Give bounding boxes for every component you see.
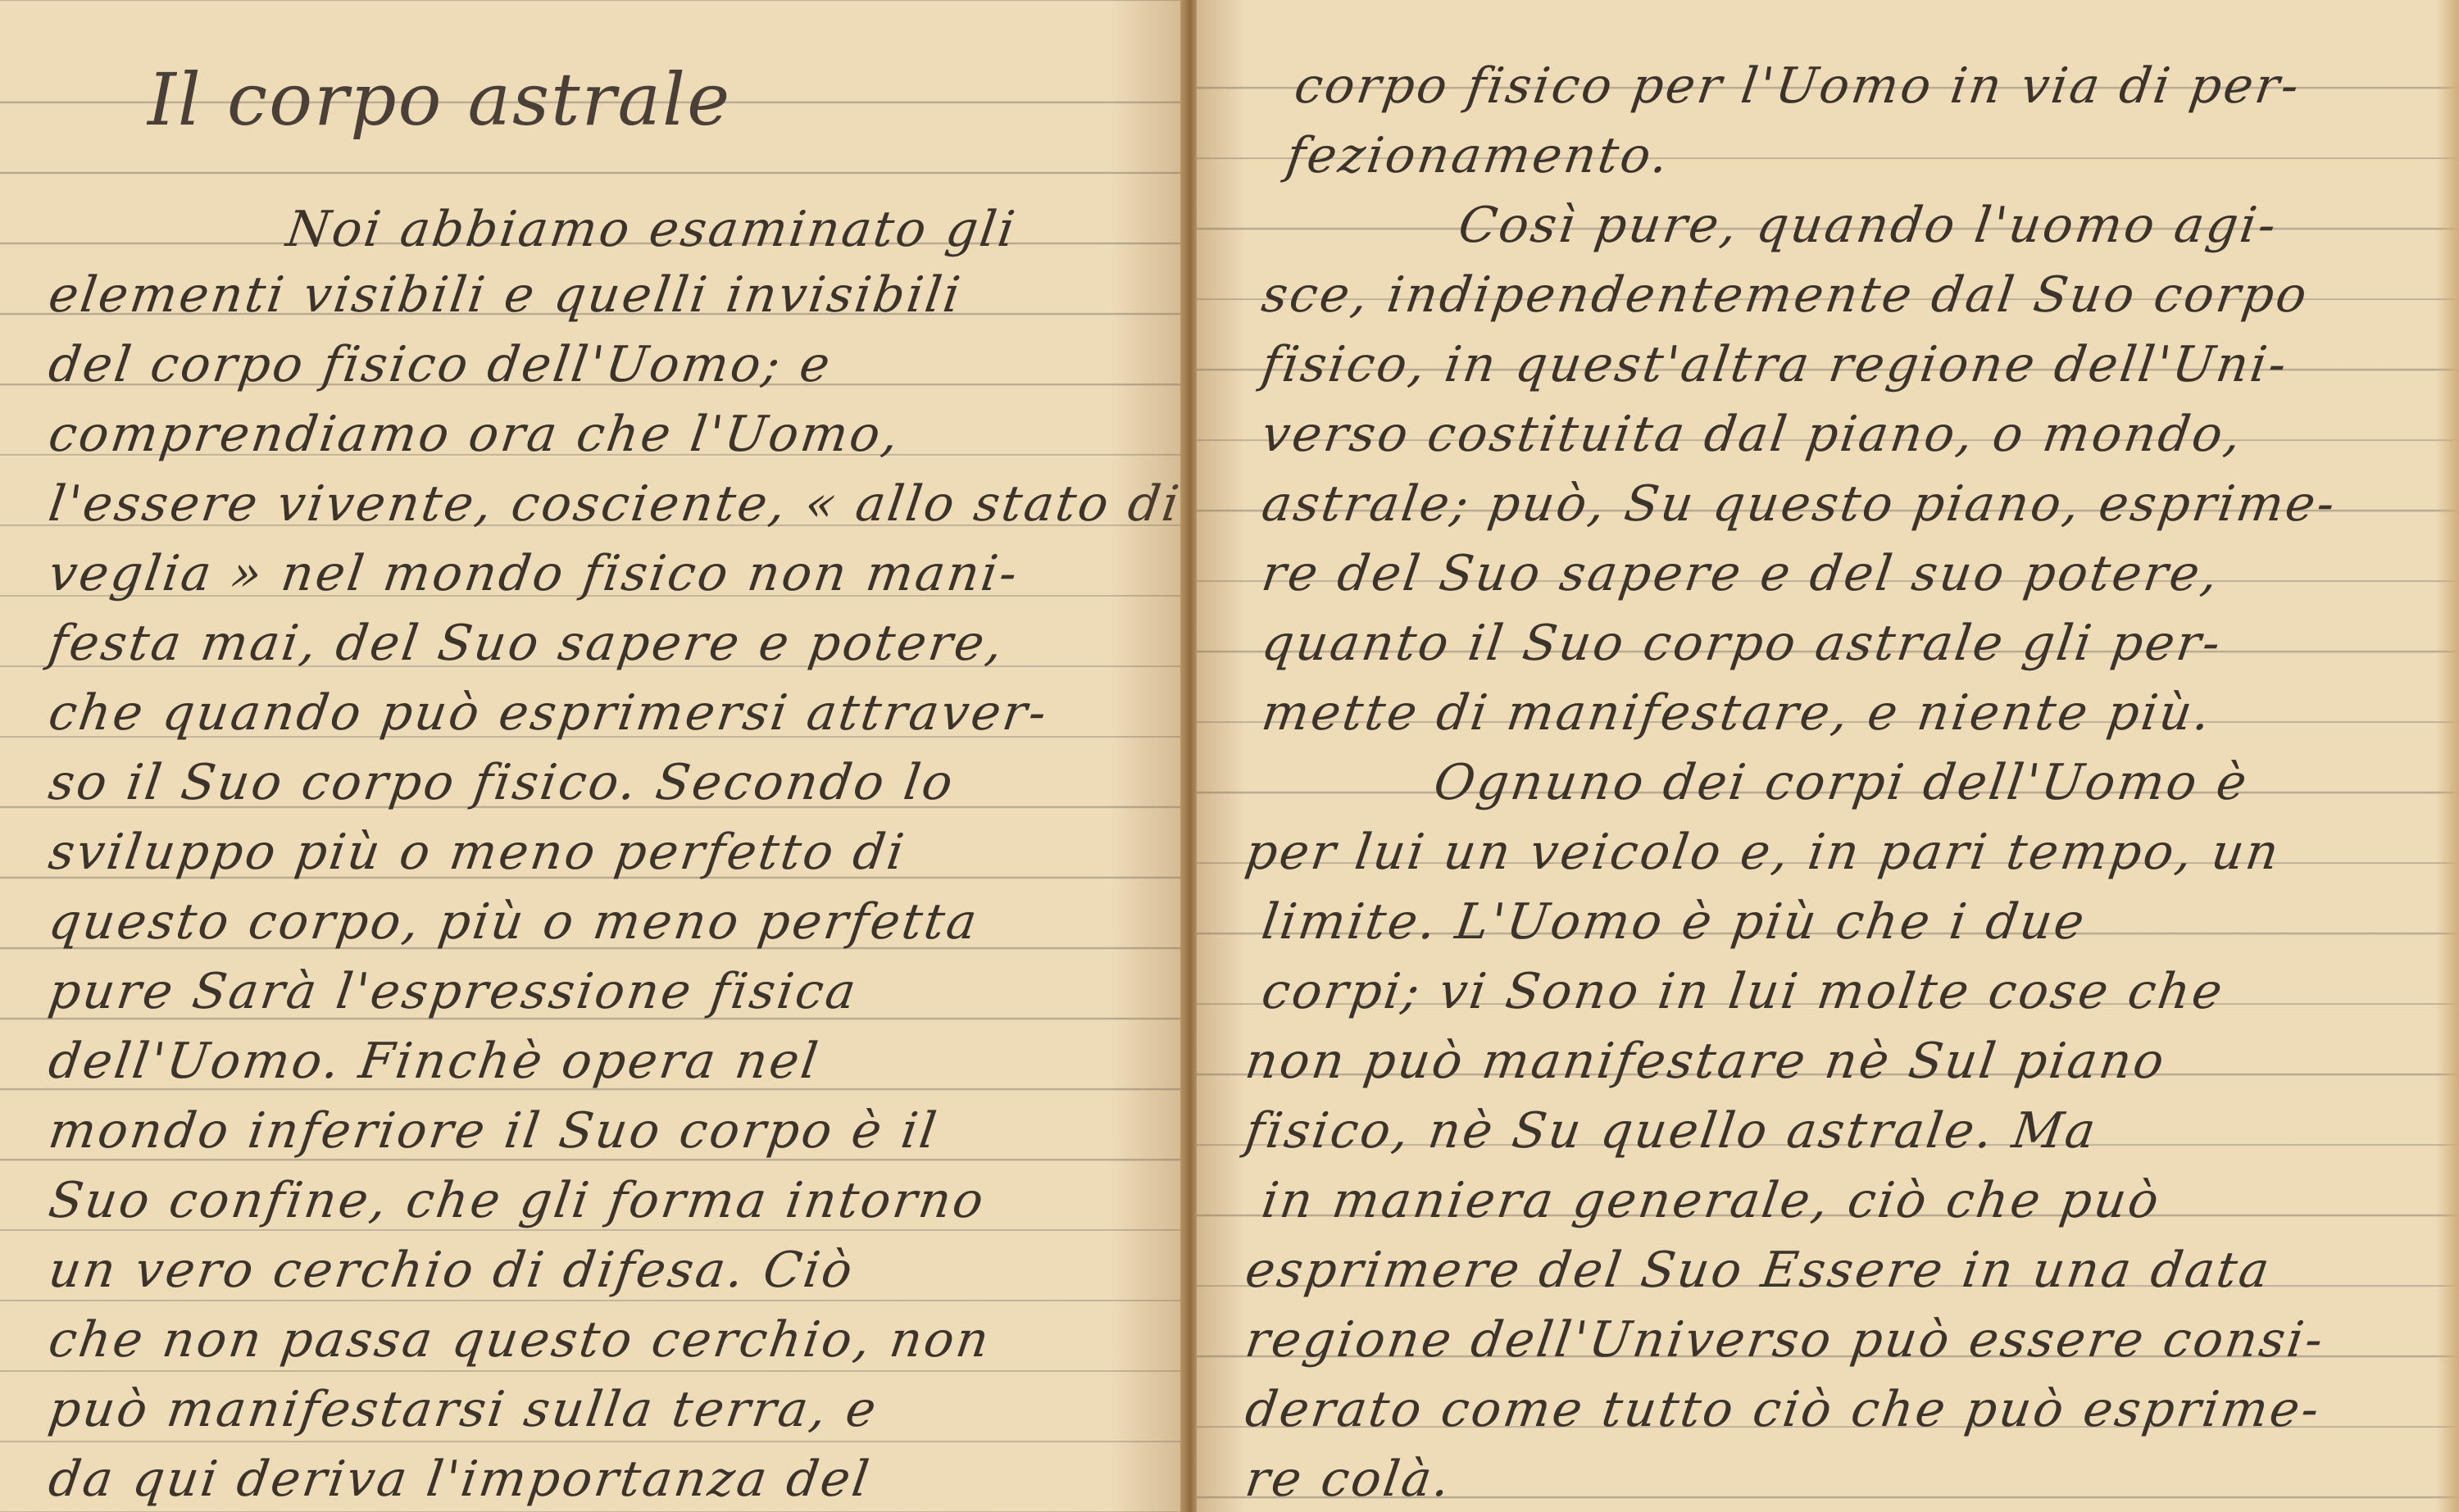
text-line: corpi; vi Sono in lui molte cose che (1258, 963, 2228, 1020)
text-line: re del Suo sapere e del suo potere, (1258, 545, 2224, 602)
left-page: Il corpo astrale Noi abbiamo esaminato g… (0, 0, 1184, 1512)
text-line: derato come tutto ciò che può esprime- (1242, 1381, 2325, 1438)
text-line: non può manifestare nè Sul piano (1242, 1033, 2170, 1090)
text-line: questo corpo, più o meno perfetta (45, 893, 983, 951)
text-line: un vero cerchio di difesa. Ciò (45, 1242, 858, 1299)
text-line: Ognuno dei corpi dell'Uomo è (1430, 754, 2252, 811)
text-line: fisico, in quest'altra regione dell'Uni- (1258, 336, 2292, 393)
text-line: Suo confine, che gli forma intorno (45, 1172, 989, 1229)
text-line: veglia » nel mondo fisico non mani- (45, 545, 1023, 602)
page-edge (2436, 0, 2459, 1512)
text-line: festa mai, del Suo sapere e potere, (45, 615, 1008, 672)
text-line: per lui un veicolo e, in pari tempo, un (1242, 824, 2284, 881)
text-line: sviluppo più o meno perfetto di (45, 824, 910, 881)
text-line: fisico, nè Su quello astrale. Ma (1242, 1102, 2101, 1160)
text-line: può manifestarsi sulla terra, e (45, 1381, 882, 1438)
text-line: comprendiamo ora che l'Uomo, (45, 406, 904, 463)
text-line: che quando può esprimersi attraver- (45, 684, 1052, 742)
text-line: Così pure, quando l'uomo agi- (1455, 197, 2282, 254)
text-line: da qui deriva l'importanza del (45, 1451, 875, 1508)
text-line: so il Suo corpo fisico. Secondo lo (45, 754, 958, 811)
text-line: del corpo fisico dell'Uomo; e (45, 336, 835, 393)
text-line: fezionamento. (1283, 127, 1674, 184)
text-line: limite. L'Uomo è più che i due (1258, 893, 2090, 951)
text-line: mondo inferiore il Suo corpo è il (45, 1102, 942, 1160)
text-line: sce, indipendentemente dal Suo corpo (1258, 266, 2312, 324)
text-line: Noi abbiamo esaminato gli (283, 201, 1020, 258)
page-title: Il corpo astrale (148, 57, 731, 142)
right-page: corpo fisico per l'Uomo in via di per- f… (1197, 0, 2459, 1512)
text-line: elementi visibili e quelli invisibili (45, 266, 966, 324)
text-line: regione dell'Universo può essere consi- (1242, 1311, 2329, 1369)
text-line: mette di manifestare, e niente più. (1258, 684, 2216, 742)
text-line: corpo fisico per l'Uomo in via di per- (1291, 57, 2305, 115)
text-line: verso costituita dal piano, o mondo, (1258, 406, 2247, 463)
notebook-spread: Il corpo astrale Noi abbiamo esaminato g… (0, 0, 2459, 1512)
text-line: quanto il Suo corpo astrale gli per- (1258, 615, 2226, 672)
text-line: re colà. (1242, 1451, 1456, 1508)
text-line: pure Sarà l'espressione fisica (45, 963, 861, 1020)
text-line: esprimere del Suo Essere in una data (1242, 1242, 2275, 1299)
text-line: in maniera generale, ciò che può (1258, 1172, 2165, 1229)
text-line: astrale; può, Su questo piano, esprime- (1258, 475, 2340, 533)
text-line: dell'Uomo. Finchè opera nel (45, 1033, 824, 1090)
text-line: che non passa questo cerchio, non (45, 1311, 994, 1369)
text-line: l'essere vivente, cosciente, « allo stat… (45, 475, 1184, 533)
